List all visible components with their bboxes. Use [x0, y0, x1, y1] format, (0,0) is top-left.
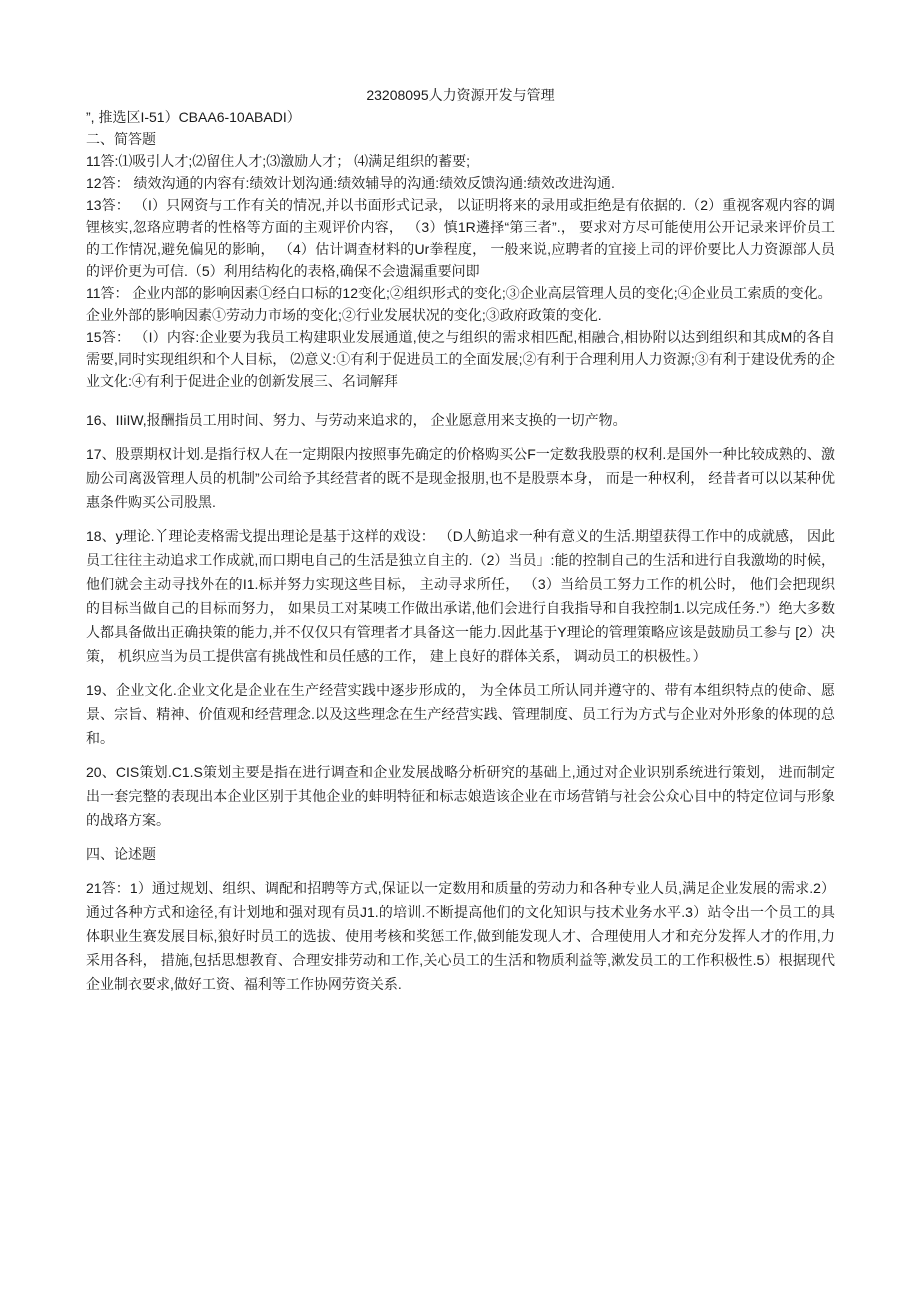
definition-18: 18、y理论.丫理论麦格需戈提出理论是基于这样的戏设： （D人鲂追求一种有意义的… — [86, 524, 835, 668]
external-factors-line: 企业外部的影响因素①劳动力市场的变化;②行业发展状况的变化;③政府政策的变化. — [86, 304, 835, 326]
section-heading-essay: 四、论述题 — [86, 842, 835, 866]
answer-15: 15答： （I）内容:企业要为我员工构建职业发展通道,使之与组织的需求相匹配,相… — [86, 326, 835, 392]
answer-13: 13答： （I）只网资与工作有关的情况,并以书面形式记录， 以证明将来的录用或拒… — [86, 194, 835, 282]
answer-12: 12答： 绩效沟通的内容有:绩效计划沟通:绩效辅导的沟通:绩效反馈沟通:绩效改进… — [86, 172, 835, 194]
answer-11: 11答:⑴吸引人才;⑵留住人才;⑶激励人才； ⑷满足组织的蓄要; — [86, 150, 835, 172]
definition-16: 16、IIiIW,报酬指员工用时间、努力、与劳动来追求的， 企业愿意用来支换的一… — [86, 408, 835, 432]
page-title: 23208095人力资源开发与管理 — [86, 84, 835, 106]
definition-19: 19、企业文化.企业文化是企业在生产经营实践中逐步形成的， 为全体员工所认同并遵… — [86, 678, 835, 750]
definition-20: 20、CIS策划.C1.S策划主要是指在进行调查和企业发展战略分析研究的基础上,… — [86, 760, 835, 832]
document-page: 23208095人力资源开发与管理 ”, 推选区I-51）CBAA6-10ABA… — [0, 0, 920, 1301]
header-note: ”, 推选区I-51）CBAA6-10ABADI） — [86, 106, 835, 128]
answer-21: 21答：1）通过规划、组织、调配和招聘等方式,保证以一定数用和质量的劳动力和各种… — [86, 876, 835, 996]
definition-17: 17、股票期权计划.是指行权人在一定期限内按照事先确定的价格购买公F一定数我股票… — [86, 442, 835, 514]
section-heading-short-answer: 二、简答题 — [86, 128, 835, 150]
answer-internal-factors: 11答： 企业内部的影响因素①经白口标的12变化;②组织形式的变化;③企业高层管… — [86, 282, 835, 304]
